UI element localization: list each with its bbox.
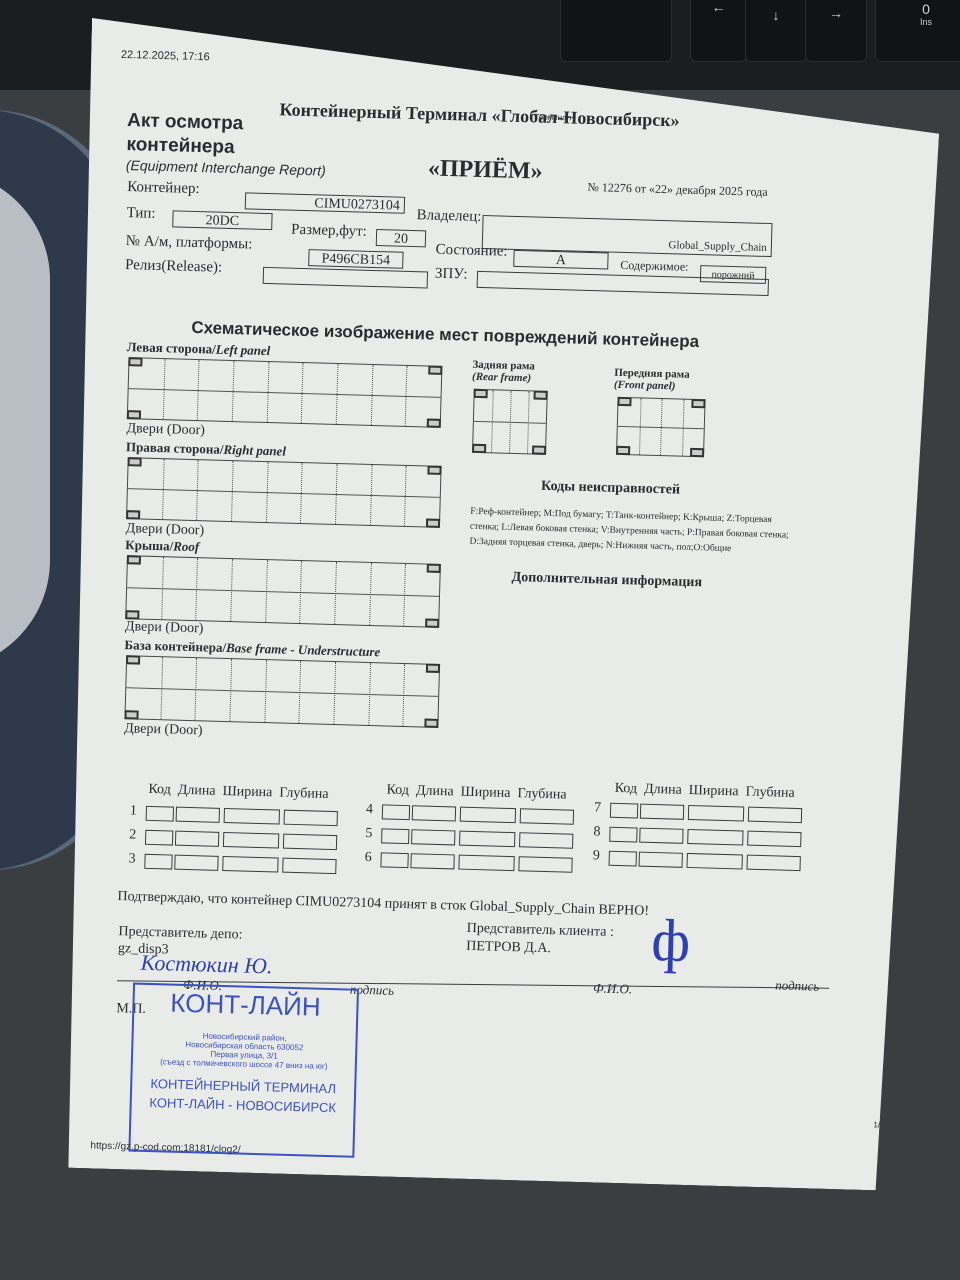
damage-depth-cell xyxy=(747,831,801,848)
damage-depth-cell xyxy=(283,834,337,851)
key-left-arrow: ← xyxy=(690,0,747,62)
rear-frame-title: Задняя рама(Rear frame) xyxy=(472,359,535,385)
damage-row-number: 7 xyxy=(594,800,601,816)
corner-casting-icon xyxy=(124,710,138,719)
base-door-label: Двери (Door) xyxy=(124,721,203,739)
corner-casting-icon xyxy=(427,419,441,428)
vehicle-label: № А/м, платформы: xyxy=(126,233,253,254)
corner-casting-icon xyxy=(616,446,630,455)
release-label: Релиз(Release): xyxy=(125,257,222,277)
damage-depth-cell xyxy=(284,810,338,827)
damage-code-cell xyxy=(380,852,408,868)
corner-casting-icon xyxy=(427,564,441,573)
roof-title: Крыша/Roof xyxy=(125,537,199,555)
client-signature-label: подпись xyxy=(775,977,820,994)
damage-length-cell xyxy=(639,828,683,844)
seal-label: ЗПУ: xyxy=(435,266,468,284)
operation-title: «ПРИЁМ» xyxy=(428,155,543,185)
damage-code-cell xyxy=(146,806,174,822)
corner-casting-icon xyxy=(690,448,704,457)
damage-table-header-1: Код Длина Ширина Глубина xyxy=(148,782,328,803)
act-subtitle: (Equipment Interchange Report) xyxy=(126,157,326,179)
print-timestamp: 22.12.2025, 17:16 xyxy=(121,49,210,63)
corner-casting-icon xyxy=(426,519,440,528)
roof-door-label: Двери (Door) xyxy=(125,619,204,637)
damage-code-cell xyxy=(145,830,173,846)
damage-depth-cell xyxy=(520,808,574,825)
key-right-arrow: → xyxy=(805,0,867,62)
container-label: Контейнер: xyxy=(127,179,200,198)
act-title: Акт осмотра контейнера xyxy=(126,109,243,160)
corner-casting-icon xyxy=(126,655,140,664)
damage-code-cell xyxy=(382,804,410,820)
damage-width-cell xyxy=(459,831,515,848)
key-zero-ins: 0 Ins xyxy=(875,0,960,62)
damage-depth-cell xyxy=(282,858,336,875)
right-panel-title: Правая сторона/Right panel xyxy=(126,439,286,459)
grid-line xyxy=(126,687,438,697)
damage-code-cell xyxy=(381,828,409,844)
damage-width-cell xyxy=(687,853,743,870)
corner-casting-icon xyxy=(424,719,438,728)
additional-info-title: Дополнительная информация xyxy=(511,570,702,591)
left-panel-diagram xyxy=(127,357,443,428)
owner-label: Владелец: xyxy=(416,207,481,226)
stamp-footer-2: КОНТ-ЛАЙН - НОВОСИБИРСК xyxy=(132,1095,354,1116)
contents-label: Содержимое: xyxy=(620,258,689,275)
damage-length-cell xyxy=(176,807,220,823)
key-ctrl: Ctrl xyxy=(560,0,672,62)
corner-casting-icon xyxy=(126,510,140,519)
corner-casting-icon xyxy=(617,397,631,406)
damage-length-cell xyxy=(639,852,683,868)
damage-width-cell xyxy=(688,805,744,822)
damage-row-number: 4 xyxy=(366,802,373,818)
size-label: Размер,фут: xyxy=(291,222,367,241)
damage-row-number: 5 xyxy=(365,826,372,842)
type-field: 20DC xyxy=(172,210,272,230)
corner-casting-icon xyxy=(128,457,142,466)
corner-casting-icon xyxy=(428,366,442,375)
depot-handwritten-signature: Костюкин Ю. xyxy=(140,950,273,980)
right-panel-diagram xyxy=(126,457,442,528)
damage-code-cell xyxy=(610,803,638,819)
corner-casting-icon xyxy=(127,555,141,564)
left-panel-title: Левая сторона/Left panel xyxy=(127,339,271,359)
roof-diagram xyxy=(125,555,441,628)
rear-frame-diagram xyxy=(472,389,548,455)
type-label: Тип: xyxy=(126,205,155,223)
damage-table-header-3: Код Длина Ширина Глубина xyxy=(614,781,794,802)
damage-width-cell xyxy=(223,832,279,849)
base-diagram xyxy=(124,655,440,728)
eir-document: 22.12.2025, 17:16 Терминал Контейнерный … xyxy=(60,18,942,1191)
damage-depth-cell xyxy=(518,856,572,873)
terminal-header: Контейнерный Терминал «Глобал-Новосибирс… xyxy=(279,99,680,131)
damage-length-cell xyxy=(412,805,456,821)
damage-row-number: 9 xyxy=(593,848,600,864)
damage-depth-cell xyxy=(519,832,573,849)
corner-casting-icon xyxy=(532,445,546,454)
damage-row-number: 1 xyxy=(130,803,137,819)
corner-casting-icon xyxy=(691,399,705,408)
damage-width-cell xyxy=(222,856,278,873)
damage-width-cell xyxy=(687,829,743,846)
condition-field: A xyxy=(513,250,608,270)
key-down-arrow: ↓ xyxy=(745,0,807,62)
corner-casting-icon xyxy=(426,664,440,673)
corner-casting-icon xyxy=(125,610,139,619)
damage-length-cell xyxy=(640,804,684,820)
fault-codes-legend: F:Реф-контейнер; M:Под бумагу; T:Танк-ко… xyxy=(469,505,790,559)
damage-width-cell xyxy=(458,855,514,872)
vehicle-field: Р496СВ154 xyxy=(308,249,403,269)
client-fio-label: Ф.И.О. xyxy=(593,980,632,997)
damage-code-cell xyxy=(609,851,637,867)
damage-length-cell xyxy=(410,853,454,869)
grid-line xyxy=(127,587,439,597)
document-number: № 12276 от «22» декабря 2025 года xyxy=(587,180,768,200)
act-title-line1: Акт осмотра xyxy=(127,109,244,136)
front-panel-diagram xyxy=(616,397,706,457)
damage-table-header-2: Код Длина Ширина Глубина xyxy=(386,783,566,804)
stamp-title: КОНТ-ЛАЙН xyxy=(134,987,357,1024)
damage-depth-cell xyxy=(746,855,800,872)
company-stamp: КОНТ-ЛАЙН Новосибирский район, Новосибир… xyxy=(128,983,359,1158)
front-panel-title: Передняя рама(Front panel) xyxy=(614,367,690,393)
grid-line xyxy=(128,488,440,498)
release-field xyxy=(263,267,428,289)
damage-code-cell xyxy=(609,827,637,843)
damage-row-number: 6 xyxy=(364,850,371,866)
corner-casting-icon xyxy=(425,619,439,628)
grid-line xyxy=(129,388,441,398)
damage-length-cell xyxy=(174,855,218,871)
damage-row-number: 8 xyxy=(593,824,600,840)
fault-codes-title: Коды неисправностей xyxy=(541,479,680,499)
mousepad-edge xyxy=(0,170,50,670)
damage-width-cell xyxy=(224,808,280,825)
damage-code-cell xyxy=(144,854,172,870)
damage-row-number: 2 xyxy=(129,827,136,843)
damage-row-number: 3 xyxy=(128,851,135,867)
corner-casting-icon xyxy=(534,390,548,399)
corner-casting-icon xyxy=(127,410,141,419)
size-field: 20 xyxy=(376,229,426,247)
stamp-footer-1: КОНТЕЙНЕРНЫЙ ТЕРМИНАЛ xyxy=(132,1076,354,1097)
damage-width-cell xyxy=(460,807,516,824)
left-panel-door-label: Двери (Door) xyxy=(126,421,205,439)
corner-casting-icon xyxy=(472,444,486,453)
condition-label: Состояние: xyxy=(435,242,507,261)
damage-length-cell xyxy=(175,831,219,847)
corner-casting-icon xyxy=(128,357,142,366)
corner-casting-icon xyxy=(474,389,488,398)
client-signature: ф xyxy=(650,906,691,976)
act-title-line2: контейнера xyxy=(126,133,243,160)
container-field: CIMU0273104 xyxy=(245,192,405,213)
corner-casting-icon xyxy=(427,466,441,475)
damage-length-cell xyxy=(411,829,455,845)
client-rep-label: Представитель клиента : xyxy=(466,921,614,941)
client-rep-value: ПЕТРОВ Д.А. xyxy=(466,939,551,957)
confirmation-text: Подтверждаю, что контейнер CIMU0273104 п… xyxy=(117,889,649,920)
damage-depth-cell xyxy=(748,807,802,824)
